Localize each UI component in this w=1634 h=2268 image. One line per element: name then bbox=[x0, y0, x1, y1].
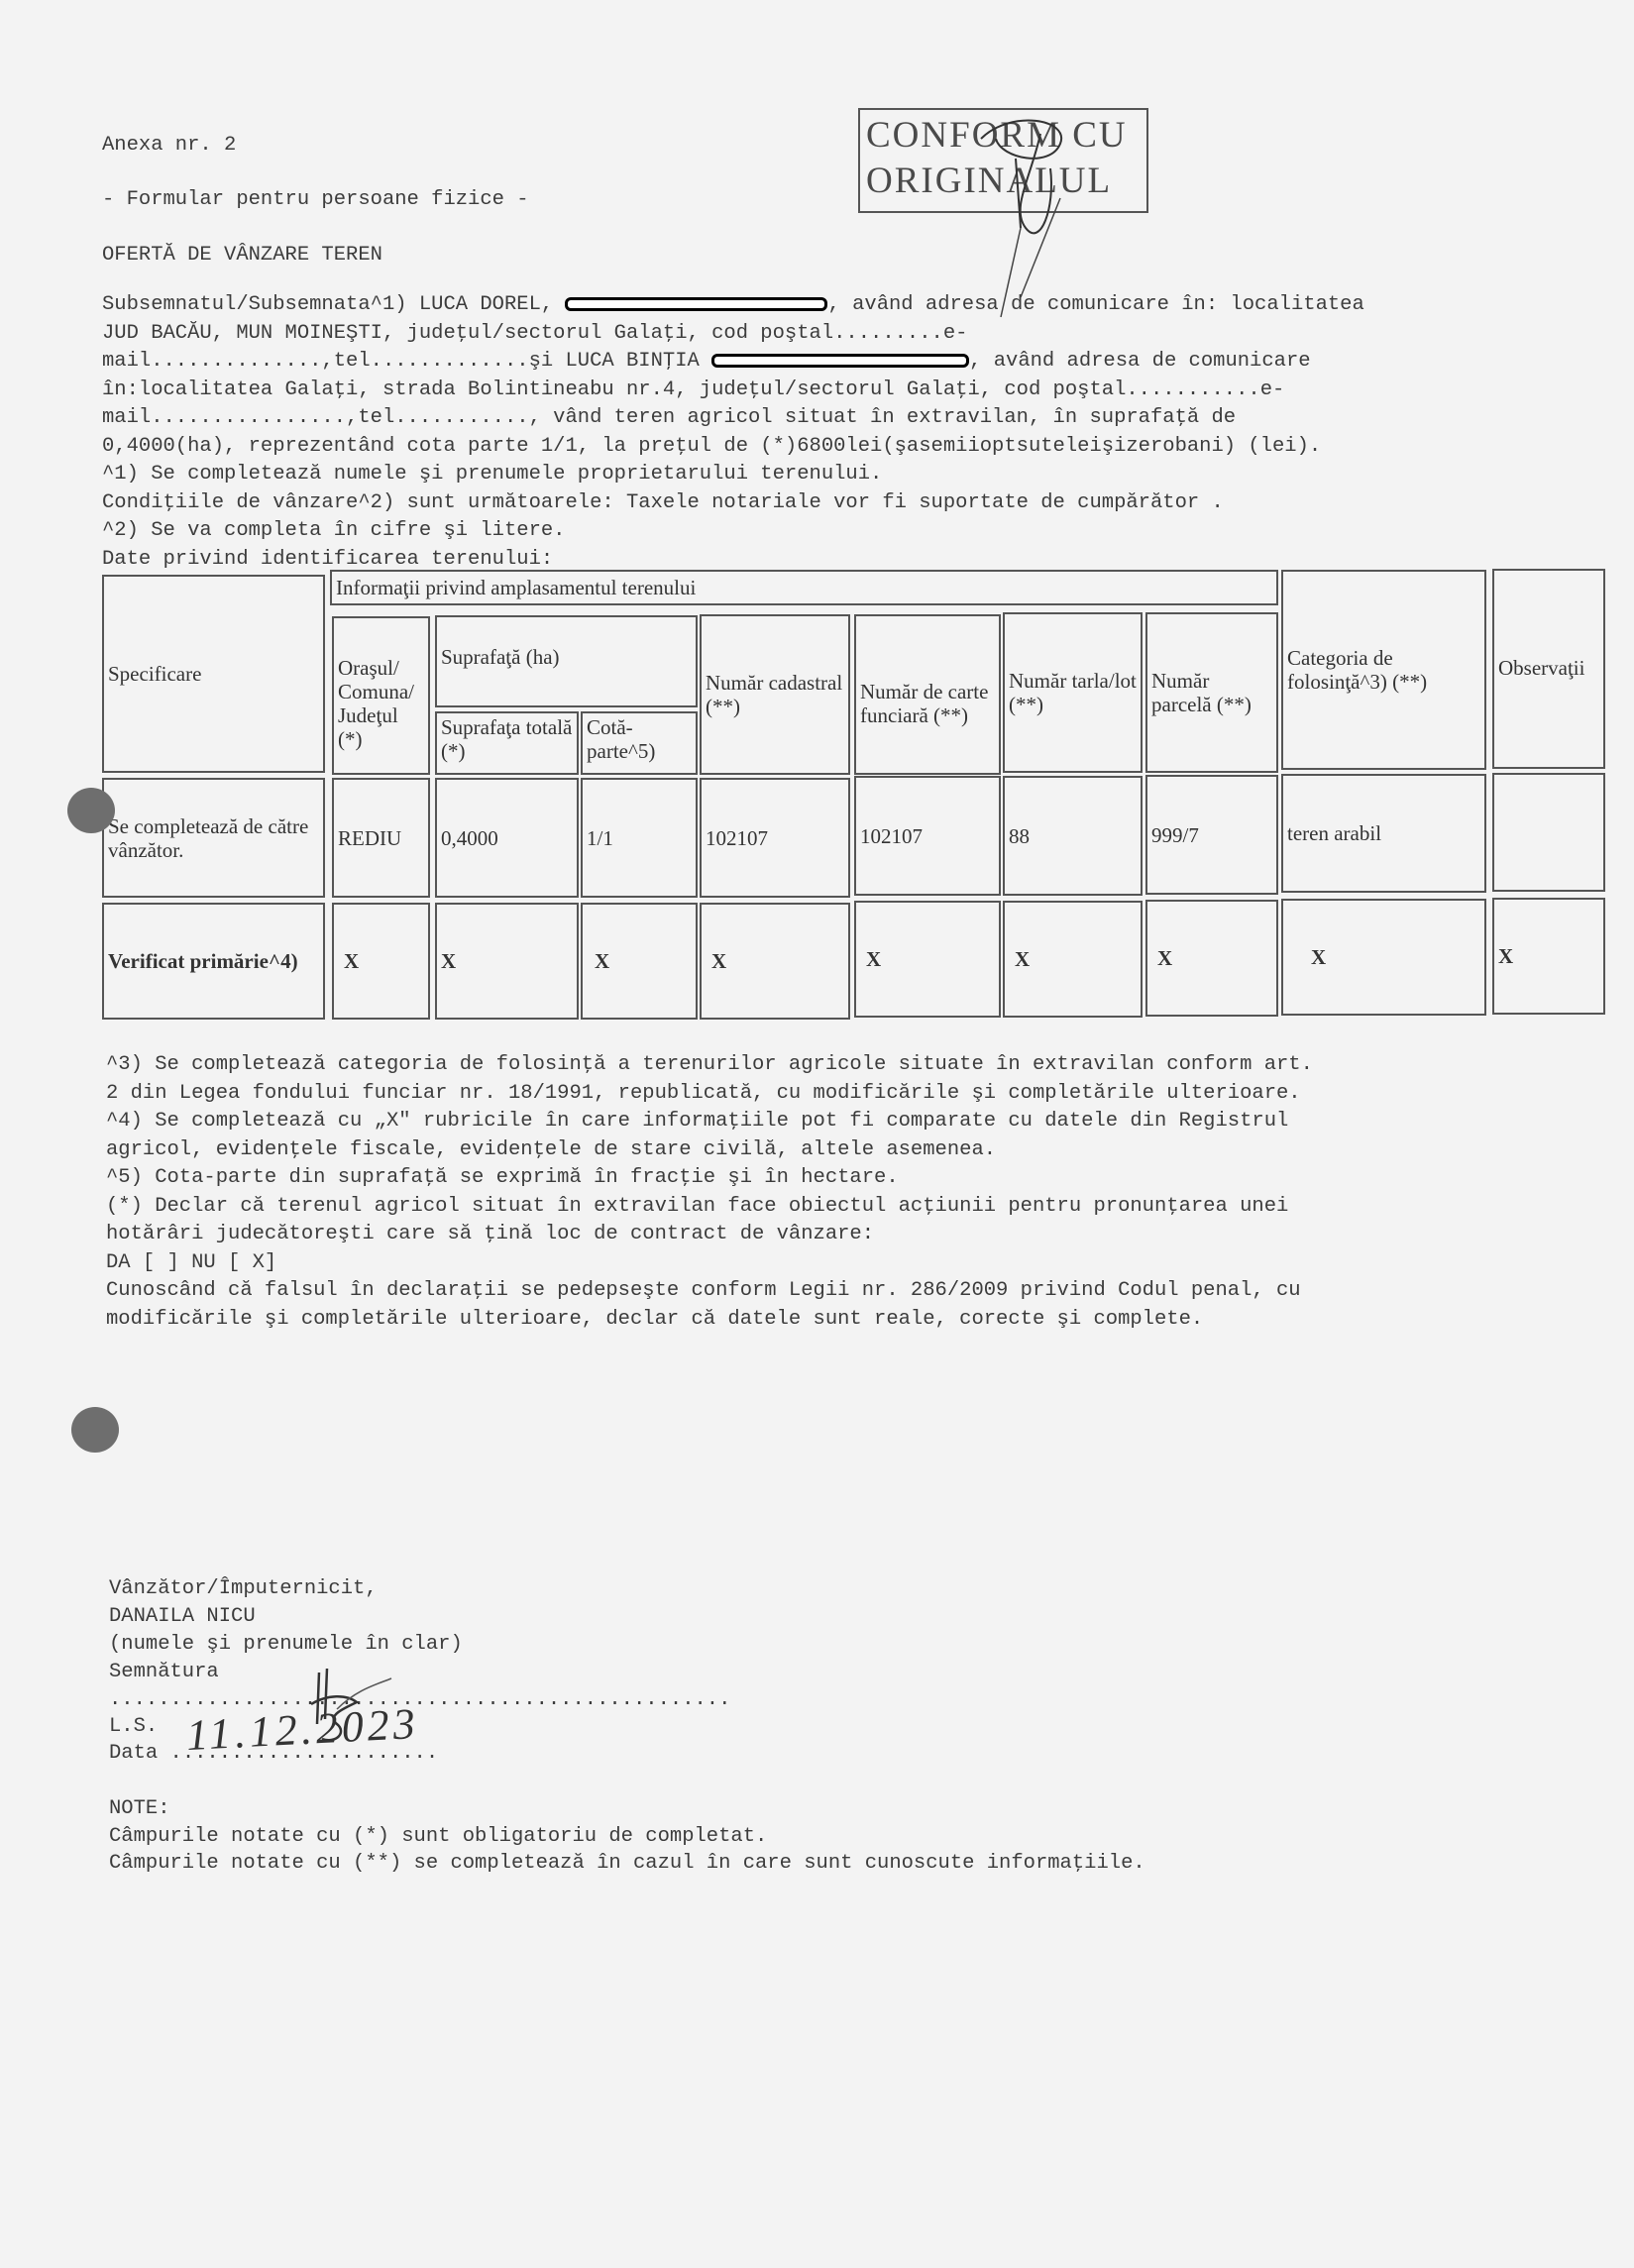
row-2-cota-value: X bbox=[595, 949, 609, 973]
header-specificare-label: Specificare bbox=[108, 662, 201, 686]
signer-name: DANAILA NICU bbox=[109, 1603, 256, 1632]
header-suprafata-totala: Suprafaţa totală (*) bbox=[435, 711, 579, 775]
row-2-label: Verificat primărie^4) bbox=[102, 903, 325, 1020]
row-2-oras-value: X bbox=[344, 949, 359, 973]
footnote-line: (*) Declar că terenul agricol situat în … bbox=[106, 1193, 1313, 1222]
conform-cu-originalul-stamp: CONFORM CU ORIGINALUL bbox=[858, 108, 1148, 213]
row-2-parcela-value: X bbox=[1157, 946, 1172, 970]
date-label: Data bbox=[109, 1742, 170, 1765]
header-suprafata: Suprafaţă (ha) bbox=[435, 615, 698, 707]
row-2-suprafata-value: X bbox=[441, 949, 456, 973]
offer-paragraph: Subsemnatul/Subsemnata^1) LUCA DOREL, , … bbox=[102, 291, 1364, 574]
footnote-line: ^3) Se completează categoria de folosinţ… bbox=[106, 1051, 1313, 1080]
stamp-line-1: CONFORM CU bbox=[866, 114, 1128, 157]
row-1-observatii bbox=[1492, 773, 1605, 892]
row-2-cota-parte: X bbox=[581, 903, 698, 1020]
row-2-tarla-value: X bbox=[1015, 947, 1030, 971]
row-2-observatii-value: X bbox=[1498, 944, 1513, 968]
paragraph-line: mail................,tel..........., vân… bbox=[102, 404, 1364, 433]
paragraph-line: ^2) Se va completa în cifre şi litere. bbox=[102, 517, 1364, 546]
signer-role: Vânzător/Împuternicit, bbox=[109, 1575, 378, 1604]
row-1-suprafata-value: 0,4000 bbox=[441, 826, 498, 850]
row-1-nr-carte-funciara: 102107 bbox=[854, 776, 1001, 896]
header-specificare: Specificare bbox=[102, 575, 325, 773]
header-categoria: Categoria de folosinţă^3) (**) bbox=[1281, 570, 1486, 770]
footnote-line: modificările şi completările ulterioare,… bbox=[106, 1306, 1313, 1335]
ls-label: L.S. bbox=[109, 1713, 158, 1742]
header-nr-carte-funciara-label: Număr de carte funciară (**) bbox=[860, 680, 995, 727]
row-1-oras-value: REDIU bbox=[338, 826, 401, 850]
line-text: , având adresa de comunicare în: localit… bbox=[827, 293, 1363, 316]
row-2-nr-cadastral: X bbox=[700, 903, 850, 1020]
redaction-bar bbox=[565, 297, 827, 311]
row-2-oras: X bbox=[332, 903, 430, 1020]
line-text: , având adresa de comunicare bbox=[969, 350, 1310, 373]
footnotes: ^3) Se completează categoria de folosinţ… bbox=[106, 1051, 1313, 1334]
punch-hole-icon bbox=[71, 1407, 119, 1453]
row-1-suprafata-totala: 0,4000 bbox=[435, 778, 579, 898]
row-1-parcela-value: 999/7 bbox=[1151, 823, 1199, 847]
row-1-nr-tarla: 88 bbox=[1003, 776, 1143, 896]
paragraph-line: în:localitatea Galaţi, strada Bolintinea… bbox=[102, 377, 1364, 405]
paragraph-line: JUD BACĂU, MUN MOINEŞTI, judeţul/sectoru… bbox=[102, 320, 1364, 349]
header-categoria-label: Categoria de folosinţă^3) (**) bbox=[1287, 646, 1480, 694]
header-suprafata-totala-label: Suprafaţa totală (*) bbox=[441, 715, 572, 763]
paragraph-line: Subsemnatul/Subsemnata^1) LUCA DOREL, , … bbox=[102, 291, 1364, 320]
footnote-line: ^5) Cota-parte din suprafaţă se exprimă … bbox=[106, 1164, 1313, 1193]
group-header-label: Informaţii privind amplasamentul terenul… bbox=[336, 576, 696, 599]
line-text: mail..............,tel.............şi LU… bbox=[102, 350, 711, 373]
paragraph-line: Condiţiile de vânzare^2) sunt următoarel… bbox=[102, 489, 1364, 518]
redaction-bar bbox=[711, 354, 969, 368]
row-1-categoria-value: teren arabil bbox=[1287, 821, 1381, 845]
row-1-label-text: Se completează de către vânzător. bbox=[108, 814, 319, 862]
footnote-line: ^4) Se completează cu „X" rubricile în c… bbox=[106, 1108, 1313, 1136]
row-1-categoria: teren arabil bbox=[1281, 774, 1486, 893]
footnote-line: 2 din Legea fondului funciar nr. 18/1991… bbox=[106, 1080, 1313, 1109]
header-cota-parte: Cotă- parte^5) bbox=[581, 711, 698, 775]
row-1-cadastral-value: 102107 bbox=[706, 826, 768, 850]
signer-name-hint: (numele şi prenumele în clar) bbox=[109, 1631, 463, 1660]
row-2-observatii: X bbox=[1492, 898, 1605, 1015]
header-suprafata-label: Suprafaţă (ha) bbox=[441, 645, 560, 669]
paragraph-line: ^1) Se completează numele şi prenumele p… bbox=[102, 461, 1364, 489]
footnote-line: Cunoscând că falsul în declaraţii se ped… bbox=[106, 1277, 1313, 1306]
header-nr-tarla-label: Număr tarla/lot (**) bbox=[1009, 669, 1137, 716]
stamp-line-2: ORIGINALUL bbox=[866, 160, 1112, 202]
header-nr-parcela: Număr parcelă (**) bbox=[1145, 612, 1278, 773]
footnote-line: DA [ ] NU [ X] bbox=[106, 1249, 1313, 1278]
footnote-line: hotărâri judecătoreşti care să ţină loc … bbox=[106, 1221, 1313, 1249]
header-oras: Oraşul/ Comuna/ Judeţul (*) bbox=[332, 616, 430, 775]
header-observatii: Observaţii bbox=[1492, 569, 1605, 769]
note-line-2: Câmpurile notate cu (**) se completează … bbox=[109, 1850, 1145, 1879]
paragraph-line: 0,4000(ha), reprezentând cota parte 1/1,… bbox=[102, 433, 1364, 462]
paragraph-line: mail..............,tel.............şi LU… bbox=[102, 348, 1364, 377]
header-observatii-label: Observaţii bbox=[1498, 656, 1584, 680]
row-2-cadastral-value: X bbox=[711, 949, 726, 973]
row-2-carte-value: X bbox=[866, 947, 881, 971]
form-type: - Formular pentru persoane fizice - bbox=[102, 186, 529, 215]
row-1-label: Se completează de către vânzător. bbox=[102, 778, 325, 898]
header-nr-cadastral: Număr cadastral (**) bbox=[700, 614, 850, 775]
header-oras-label: Oraşul/ Comuna/ Judeţul (*) bbox=[338, 656, 414, 751]
row-1-cota-value: 1/1 bbox=[587, 826, 613, 850]
row-1-nr-cadastral: 102107 bbox=[700, 778, 850, 898]
row-1-oras: REDIU bbox=[332, 778, 430, 898]
row-2-nr-tarla: X bbox=[1003, 901, 1143, 1018]
row-2-categoria: X bbox=[1281, 899, 1486, 1016]
row-2-suprafata-totala: X bbox=[435, 903, 579, 1020]
footnote-line: agricol, evidenţele fiscale, evidenţele … bbox=[106, 1136, 1313, 1165]
row-2-label-text: Verificat primărie^4) bbox=[108, 949, 298, 973]
row-1-nr-parcela: 999/7 bbox=[1145, 775, 1278, 895]
annex-number: Anexa nr. 2 bbox=[102, 132, 236, 161]
header-nr-parcela-label: Număr parcelă (**) bbox=[1151, 669, 1272, 716]
row-1-carte-value: 102107 bbox=[860, 824, 923, 848]
signature-label: Semnătura bbox=[109, 1659, 219, 1687]
row-2-nr-parcela: X bbox=[1145, 900, 1278, 1017]
punch-hole-icon bbox=[67, 788, 115, 833]
row-1-tarla-value: 88 bbox=[1009, 824, 1030, 848]
header-nr-carte-funciara: Număr de carte funciară (**) bbox=[854, 614, 1001, 775]
line-text: Subsemnatul/Subsemnata^1) LUCA DOREL, bbox=[102, 293, 565, 316]
document-title: OFERTĂ DE VÂNZARE TEREN bbox=[102, 242, 382, 270]
header-nr-tarla: Număr tarla/lot (**) bbox=[1003, 612, 1143, 773]
header-nr-cadastral-label: Număr cadastral (**) bbox=[706, 671, 844, 718]
header-cota-parte-label: Cotă- parte^5) bbox=[587, 715, 655, 763]
header-group-amplasament: Informaţii privind amplasamentul terenul… bbox=[330, 570, 1278, 605]
note-line-1: Câmpurile notate cu (*) sunt obligatoriu… bbox=[109, 1823, 767, 1852]
row-2-nr-carte-funciara: X bbox=[854, 901, 1001, 1018]
row-1-cota-parte: 1/1 bbox=[581, 778, 698, 898]
notes-heading: NOTE: bbox=[109, 1795, 170, 1824]
row-2-categoria-value: X bbox=[1311, 945, 1326, 969]
